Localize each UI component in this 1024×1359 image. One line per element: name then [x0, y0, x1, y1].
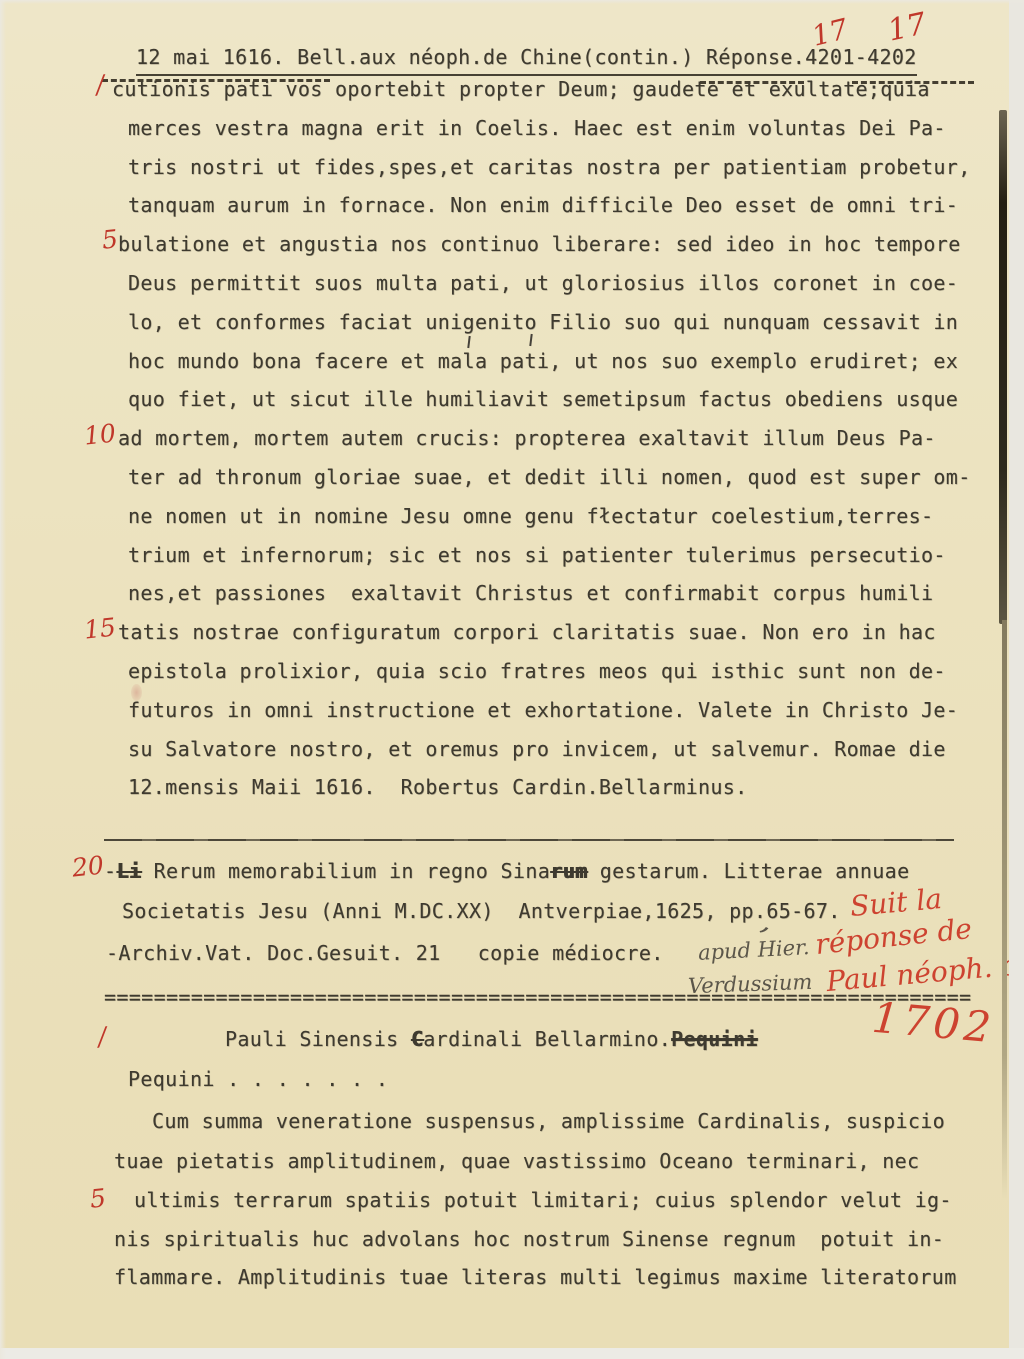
margin-number-20: 20 [71, 850, 106, 882]
typed-line: cutionis pati vos oportebit propter Deum… [112, 76, 930, 102]
typed-line: Deus permittit suos multa pati, ut glori… [128, 270, 958, 296]
typed-line: bulatione et angustia nos continuo liber… [118, 231, 961, 257]
typed-line: trium et infernorum; sic et nos si patie… [128, 542, 946, 568]
typed-line: ne nomen ut in nomine Jesu omne genu fłe… [128, 503, 933, 529]
letter2-title-pre: Pauli Sinensis [225, 1027, 411, 1051]
insertion-mark [467, 336, 470, 348]
letter2-title-c-overtype: C [411, 1027, 423, 1051]
biblio-struck-li: Li [116, 859, 141, 883]
typed-line: tatis nostrae configuratum corpori clari… [118, 619, 936, 645]
letter2-pequini-line: Pequini . . . . . . . [128, 1066, 388, 1092]
typed-line: merces vestra magna erit in Coelis. Haec… [128, 115, 946, 141]
typed-line: quo fiet, ut sicut ille humiliavit semet… [128, 386, 958, 412]
biblio-line-1-text: Rerum memorabilium in regno Sina [141, 859, 550, 883]
typed-line: hoc mundo bona facere et mala pati, ut n… [128, 348, 958, 374]
letter2-title: Pauli Sinensis Cardinali Bellarmino.Pequ… [225, 1026, 758, 1052]
typed-line: tuae pietatis amplitudinem, quae vastiss… [114, 1148, 919, 1174]
letter2-title-struck-pequini: Pequini [671, 1027, 758, 1051]
scan-margin-right [1009, 0, 1024, 1359]
header-line: 12 mai 1616. Bell.aux néoph.de Chine(con… [136, 44, 917, 76]
handwriting-apud-hier: apud Hier. [697, 935, 810, 965]
separator-line [104, 839, 954, 841]
header-title: 12 mai 1616. Bell.aux néoph.de Chine(con… [136, 45, 706, 69]
margin-number-15: 15 [83, 612, 118, 644]
margin-mark-slash-2: / [97, 1022, 108, 1052]
insertion-mark [529, 334, 532, 346]
typed-line: tris nostri ut fides,spes,et caritas nos… [128, 154, 971, 180]
typed-line: ad mortem, mortem autem crucis: proptere… [118, 425, 936, 451]
biblio-line-1: -Li Rerum memorabilium in regno Sinarum … [104, 858, 909, 884]
biblio-overtype-rum: rum [550, 859, 587, 883]
biblio-dash: - [104, 859, 116, 883]
scan-margin-bottom [0, 1348, 1024, 1359]
typed-line: tanquam aurum in fornace. Non enim diffi… [128, 192, 958, 218]
margin-number-5: 5 [101, 224, 120, 255]
header-reponse: Réponse. [706, 45, 805, 69]
margin-number-10: 10 [83, 418, 118, 450]
margin-mark-slash: / [95, 70, 106, 100]
page-edge-line [1002, 620, 1007, 1200]
typed-line: su Salvatore nostro, et oremus pro invic… [128, 736, 946, 762]
scan-margin-left [0, 0, 6, 1359]
document-page: 12 mai 1616. Bell.aux néoph.de Chine(con… [0, 0, 1024, 1359]
typed-line: ultimis terrarum spatiis potuit limitari… [134, 1187, 952, 1213]
handwriting-folio-1702: 1702 [870, 993, 997, 1053]
biblio-line-2: Societatis Jesu (Anni M.DC.XX) Antverpia… [122, 898, 841, 924]
biblio-line-3: -Archiv.Vat. Doc.Gesuit. 21 copie médioc… [106, 940, 664, 966]
margin-number-5-letter2: 5 [89, 1183, 108, 1214]
page-edge-shadow [999, 110, 1007, 624]
typed-line: Cum summa veneratione suspensus, ampliss… [152, 1108, 945, 1134]
biblio-line-1-end: gestarum. Litterae annuae [587, 859, 909, 883]
typed-line: 12.mensis Maii 1616. Robertus Cardin.Bel… [128, 774, 748, 800]
scan-margin-top [0, 0, 1024, 4]
red-folio-correction-right: 17 [885, 6, 930, 48]
typed-line: nis spiritualis huc advolans hoc nostrum… [114, 1226, 944, 1252]
typed-line: flammare. Amplitudinis tuae literas mult… [114, 1264, 957, 1290]
typed-line: ter ad thronum gloriae suae, et dedit il… [128, 464, 971, 490]
handwriting-verdussium: Verdussium [688, 970, 813, 998]
letter2-title-mid: ardinali Bellarmino. [423, 1027, 671, 1051]
typed-line: lo, et conformes faciat unigenito Filio … [128, 309, 958, 335]
typed-line: nes,et passiones exaltavit Christus et c… [128, 580, 933, 606]
typed-line: futuros in omni instructione et exhortat… [128, 697, 958, 723]
typed-line: epistola prolixior, quia scio fratres me… [128, 658, 946, 684]
